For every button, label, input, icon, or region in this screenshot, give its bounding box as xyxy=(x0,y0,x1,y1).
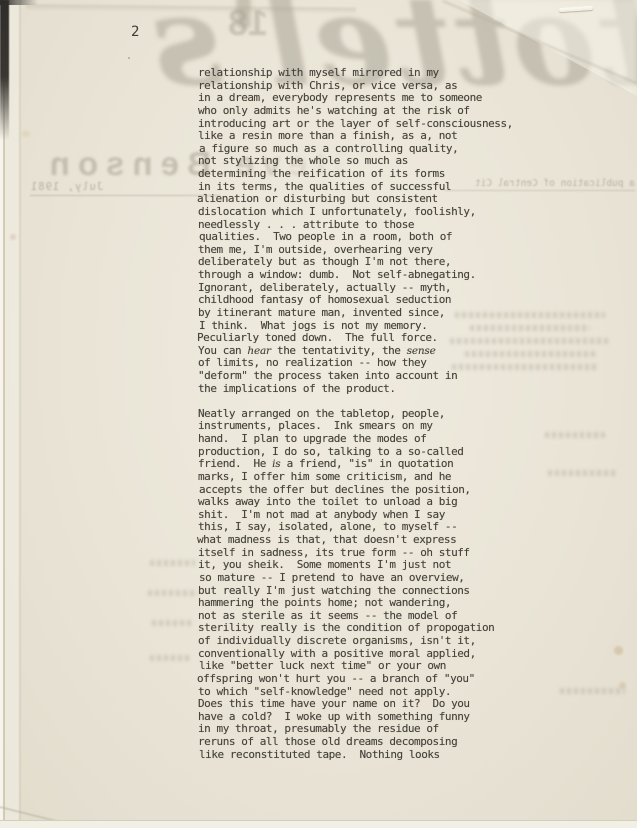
smudge xyxy=(150,560,195,566)
typed-segment: childhood fantasy of homosexual seductio… xyxy=(198,293,451,306)
typed-text-block: relationship with myself mirrored in myr… xyxy=(198,67,513,761)
scanner-bottom-strip xyxy=(0,820,637,828)
typed-segment: in its terms, the qualities of successfu… xyxy=(198,180,451,193)
typed-segment: Ignorant, deliberately, actually -- myth… xyxy=(198,281,451,294)
typed-segment: what madness is that, that doesn't expre… xyxy=(197,533,456,546)
page-scan: tottel's 18 Steve Benson July, 1981 a pu… xyxy=(0,0,637,828)
typed-segment: Peculiarly toned down. The full force. xyxy=(197,331,438,344)
typed-line: the implications of the product. xyxy=(198,383,513,396)
typed-segment: alienation or disturbing but consistent xyxy=(197,192,438,205)
typed-segment: the tentativity, the xyxy=(271,344,407,357)
typed-segment: itself in sadness, its true form -- oh s… xyxy=(198,546,470,559)
paper-fleck xyxy=(128,57,130,59)
typed-segment: qualities. Two people in a room, both of xyxy=(199,230,452,243)
typed-segment: hammering the points home; not wandering… xyxy=(198,596,451,609)
typed-segment: not as sterile as it seems -- the model … xyxy=(198,609,457,622)
typed-segment: instruments, places. Ink smears on my xyxy=(198,419,433,432)
typed-segment: shit. I'm not mad at anybody when I say xyxy=(198,508,445,521)
typed-line: like reconstituted tape. Nothing looks xyxy=(199,749,513,762)
paper-stain xyxy=(22,131,30,137)
smudge xyxy=(148,590,198,596)
typed-segment: introducing art or the layer of self-con… xyxy=(198,117,513,130)
paragraph: relationship with myself mirrored in myr… xyxy=(198,67,513,395)
paper-stain xyxy=(10,234,16,240)
typed-segment: through a window: dumb. Not self-abnegat… xyxy=(198,268,476,281)
smudge xyxy=(545,432,605,438)
typed-segment: it, you sheik. Some moments I'm just not xyxy=(198,558,451,571)
typed-segment: needlessly . . . attribute to those xyxy=(198,218,414,231)
typed-segment: this, I say, isolated, alone, to myself … xyxy=(198,520,457,533)
typed-segment-italic: hear xyxy=(247,345,270,357)
typed-segment: like a resin more than a finish, as a, n… xyxy=(198,129,457,142)
typed-segment: determining the reification of its forms xyxy=(198,167,445,180)
typed-segment: deliberately but as though I'm not there… xyxy=(198,255,451,268)
typed-segment: conventionally with a positive moral app… xyxy=(198,647,476,660)
bleed-date: July, 1981 xyxy=(30,181,220,196)
typed-segment: but really I'm just watching the connect… xyxy=(198,584,470,597)
typed-segment: relationship with myself mirrored in my xyxy=(198,66,439,79)
typed-segment: marks, I offer him some criticism, and h… xyxy=(198,470,451,483)
smudge xyxy=(152,620,194,626)
smudge xyxy=(150,655,190,661)
typed-segment: of limits, no realization -- how they xyxy=(198,356,426,369)
typed-segment: Does this time have your name on it? Do … xyxy=(198,697,470,710)
typed-segment: who only admits he's watching at the ris… xyxy=(198,104,470,117)
typed-segment: I think. What jogs is not my memory. xyxy=(199,319,427,332)
typed-segment: of individually discrete organisms, isn'… xyxy=(198,634,476,647)
typed-segment: "deform" the process taken into account … xyxy=(198,369,457,382)
typed-segment: a figure so much as a controlling qualit… xyxy=(199,142,458,155)
typed-segment: the implications of the product. xyxy=(198,382,396,395)
scanner-shadow-corner xyxy=(0,0,9,140)
typed-segment: hand. I plan to upgrade the modes of xyxy=(198,432,426,445)
typed-segment: in a dream, everybody represents me to s… xyxy=(198,91,482,104)
paper-stain xyxy=(614,646,623,655)
typed-segment-italic: sense xyxy=(407,345,436,357)
typed-segment: sterility really is the condition of pro… xyxy=(198,621,494,634)
typed-segment: have a cold? I woke up with something fu… xyxy=(198,710,470,723)
typed-segment: production, I do so, talking to a so-cal… xyxy=(198,445,463,458)
typed-segment: like reconstituted tape. Nothing looks xyxy=(199,748,440,761)
typed-segment: in my throat, presumably the residue of xyxy=(198,722,439,735)
typed-segment: to which "self-knowledge" need not apply… xyxy=(198,685,451,698)
typed-segment: not stylizing the whole so much as xyxy=(198,154,408,167)
typed-segment: relationship with Chris, or vice versa, … xyxy=(198,79,457,92)
paper-stain xyxy=(619,682,626,689)
typed-segment: them me, I'm outside, overhearing very xyxy=(198,243,433,256)
paper-edge-crease xyxy=(19,0,21,828)
typed-segment: accepts the offer but declines the posit… xyxy=(199,483,471,496)
typed-segment: a friend, "is" in quotation xyxy=(280,457,453,470)
typed-segment: by itinerant mature man, invented since, xyxy=(198,306,445,319)
paragraph: Neatly arranged on the tabletop, people,… xyxy=(198,408,513,762)
typed-segment: reruns of all those old dreams decomposi… xyxy=(198,735,457,748)
typed-segment: friend. He xyxy=(198,457,272,470)
typed-segment: You can xyxy=(198,344,247,357)
typed-segment: walks away into the toilet to unload a b… xyxy=(198,495,457,508)
typed-segment: so mature -- I pretend to have an overvi… xyxy=(199,571,464,584)
typed-segment: Neatly arranged on the tabletop, people, xyxy=(198,407,445,420)
page-number: 2 xyxy=(131,24,139,40)
smudge xyxy=(548,470,618,476)
smudge xyxy=(560,688,625,694)
typed-segment: offspring won't hurt you -- a branch of … xyxy=(197,672,475,685)
typed-segment: dislocation which I unfortunately, fooli… xyxy=(198,205,476,218)
typed-segment: like "better luck next time" or your own xyxy=(199,659,446,672)
